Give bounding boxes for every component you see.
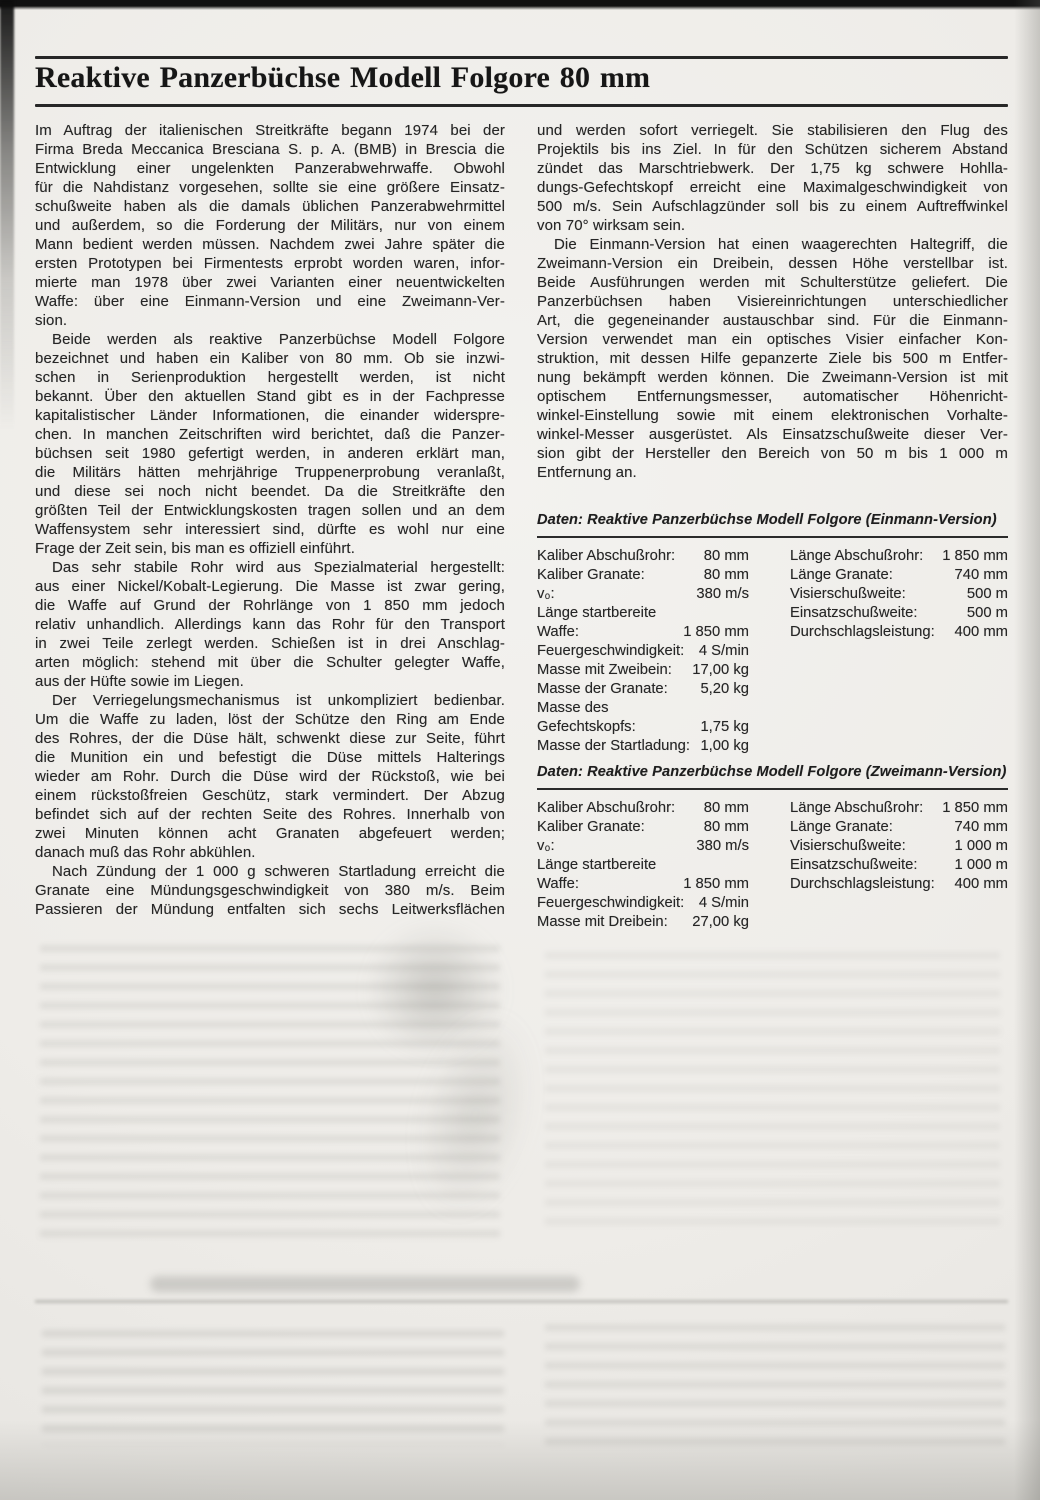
spec-label: Gefechtskopfs:: [537, 718, 636, 737]
spec-label: Durchschlagsleistung:: [790, 875, 935, 894]
spec-label: Waffe:: [537, 875, 579, 894]
bleed-through-rule: [35, 1300, 1008, 1303]
spec-label: Länge startbereite: [537, 604, 656, 623]
spec-row: Kaliber Abschußrohr:80 mm: [537, 799, 749, 818]
spec-row: Masse des: [537, 699, 749, 718]
bleed-through-figure: [365, 925, 505, 1055]
spec-label: Masse mit Dreibein:: [537, 913, 668, 932]
text-line: Passieren der Mündung entfalten sich sec…: [35, 900, 505, 919]
text-line: die Waffe auf Grund der Rohrlänge von 1 …: [35, 596, 505, 615]
spec-label: Kaliber Abschußrohr:: [537, 547, 675, 566]
text-line: größten Teil der Entwicklungskosten trag…: [35, 501, 505, 520]
text-line: Panzerbüchsen haben Visiereinrichtungen …: [537, 292, 1008, 311]
text-line: 500 m/s. Sein Aufschlagzünder soll bis z…: [537, 197, 1008, 216]
spec-value: [745, 699, 749, 718]
text-line: bezeichnet und haben ein Kaliber von 80 …: [35, 349, 505, 368]
bleed-through-text-upper-left: [40, 945, 500, 1245]
table-heading: Daten: Reaktive Panzerbüchse Modell Folg…: [537, 511, 1008, 529]
text-line: Der Verriegelungsmechanismus ist unkompl…: [35, 691, 505, 710]
paragraph: Die Einmann-Version hat einen waagerecht…: [537, 235, 1008, 482]
spec-row: v₀:380 m/s: [537, 837, 749, 856]
spec-row: Länge startbereite: [537, 856, 749, 875]
text-line: die Munition ein und befestigt die Düse …: [35, 748, 505, 767]
paragraph: Im Auftrag der italienischen Streitkräft…: [35, 121, 505, 330]
table-rule: [537, 788, 1008, 790]
spec-value: 1 850 mm: [938, 547, 1008, 566]
spec-label: Waffe:: [537, 623, 579, 642]
text-line: Im Auftrag der italienischen Streitkräft…: [35, 121, 505, 140]
spec-label: Länge Granate:: [790, 566, 893, 585]
spec-label: v₀:: [537, 585, 555, 604]
spec-row: Kaliber Granate:80 mm: [537, 566, 749, 585]
spec-value: 1,75 kg: [696, 718, 749, 737]
text-line: dungs-Gefechtskopf erreicht eine Maximal…: [537, 178, 1008, 197]
spec-label: Länge Abschußrohr:: [790, 547, 923, 566]
data-table-zweimann-version: Daten: Reaktive Panzerbüchse Modell Folg…: [537, 763, 1008, 799]
spec-row: Waffe:1 850 mm: [537, 875, 749, 894]
spec-value: 1 850 mm: [679, 875, 749, 894]
spec-row: Visierschußweite:1 000 m: [790, 837, 1008, 856]
spec-row: Länge Abschußrohr:1 850 mm: [790, 799, 1008, 818]
spec-value: 740 mm: [951, 818, 1008, 837]
paragraph: Das sehr stabile Rohr wird aus Spezialma…: [35, 558, 505, 691]
text-line: optischem Entfernungsmesser, automatisch…: [537, 387, 1008, 406]
text-line: kapitalistischer Länder Informationen, d…: [35, 406, 505, 425]
header-rule-top: [35, 56, 1008, 59]
text-line: Die Einmann-Version hat einen waagerecht…: [537, 235, 1008, 254]
text-line: schen in Serienproduktion hergestellt we…: [35, 368, 505, 387]
spec-row: Durchschlagsleistung:400 mm: [790, 623, 1008, 642]
text-line: arten möglich: stehend mit über die Schu…: [35, 653, 505, 672]
scan-edge-top: [0, 0, 1040, 10]
spec-value: 80 mm: [700, 547, 749, 566]
spec-row: Einsatzschußweite:500 m: [790, 604, 1008, 623]
spec-row: Masse mit Zweibein:17,00 kg: [537, 661, 749, 680]
spec-label: Länge startbereite: [537, 856, 656, 875]
spec-value: 4 S/min: [695, 642, 749, 661]
text-line: Art, die gegeneinander austauschbar sind…: [537, 311, 1008, 330]
spec-row: v₀:380 m/s: [537, 585, 749, 604]
spec-row: Länge Granate:740 mm: [790, 818, 1008, 837]
spec-value: 400 mm: [951, 623, 1008, 642]
spec-row: Durchschlagsleistung:400 mm: [790, 875, 1008, 894]
text-line: Waffe: über eine Einmann-Version und ein…: [35, 292, 505, 311]
spec-value: 17,00 kg: [688, 661, 749, 680]
text-line: struktion, mit dessen Hilfe gepanzerte Z…: [537, 349, 1008, 368]
text-line: zündet das Marschtriebwerk. Der 1,75 kg …: [537, 159, 1008, 178]
spec-row: Kaliber Granate:80 mm: [537, 818, 749, 837]
spec-row: Feuergeschwindigkeit:4 S/min: [537, 894, 749, 913]
spec-label: Kaliber Granate:: [537, 818, 645, 837]
spec-value: 1 850 mm: [679, 623, 749, 642]
spec-subcolumn: Kaliber Abschußrohr:80 mmKaliber Granate…: [537, 799, 749, 932]
text-line: für die Nahdistanz vorgesehen, sollte si…: [35, 178, 505, 197]
spec-value: 1 000 m: [951, 837, 1008, 856]
paragraph: Nach Zündung der 1 000 g schweren Startl…: [35, 862, 505, 919]
text-line: einem rückstoßfreien Geschütz, stark ver…: [35, 786, 505, 805]
text-line: Nach Zündung der 1 000 g schweren Startl…: [35, 862, 505, 881]
spec-row: Gefechtskopfs:1,75 kg: [537, 718, 749, 737]
spec-value: 380 m/s: [692, 837, 749, 856]
spec-value: 1 000 m: [951, 856, 1008, 875]
text-line: Entfernung an.: [537, 463, 1008, 482]
spec-value: 400 mm: [951, 875, 1008, 894]
spec-value: 80 mm: [700, 799, 749, 818]
spec-subcolumn: Länge Abschußrohr:1 850 mmLänge Granate:…: [790, 799, 1008, 894]
bleed-through-figure-barrel: [396, 1000, 554, 1230]
spec-label: Feuergeschwindigkeit:: [537, 894, 684, 913]
text-line: sion gibt der Hersteller den Bereich von…: [537, 444, 1008, 463]
text-line: relativ unhandlich. Allerdings kann das …: [35, 615, 505, 634]
spec-row: Visierschußweite:500 m: [790, 585, 1008, 604]
bleed-through-text-upper-right: [545, 952, 1000, 1237]
spec-label: Kaliber Abschußrohr:: [537, 799, 675, 818]
text-line: Projektils bis ins Ziel. In für den Schü…: [537, 140, 1008, 159]
scan-edge-right: [1014, 0, 1040, 1500]
text-line: aus einer Nickel/Kobalt-Legierung. Die M…: [35, 577, 505, 596]
text-line: und diese sei noch nicht beendet. Da die…: [35, 482, 505, 501]
text-line: von 70° wirksam sein.: [537, 216, 1008, 235]
spec-value: 380 m/s: [692, 585, 749, 604]
spec-label: Masse der Startladung:: [537, 737, 690, 756]
text-line: befindet sich auf der rechten Seite des …: [35, 805, 505, 824]
spec-value: [745, 604, 749, 623]
text-line: aus der Hüfte sowie im Liegen.: [35, 672, 505, 691]
spec-row: Masse mit Dreibein:27,00 kg: [537, 913, 749, 932]
spec-row: Kaliber Abschußrohr:80 mm: [537, 547, 749, 566]
paragraph: Beide werden als reaktive Panzerbüchse M…: [35, 330, 505, 558]
text-line: winkel-Einstellung sowie mit einem elekt…: [537, 406, 1008, 425]
spec-subcolumn: Kaliber Abschußrohr:80 mmKaliber Granate…: [537, 547, 749, 756]
spec-label: Einsatzschußweite:: [790, 604, 917, 623]
spec-subcolumn: Länge Abschußrohr:1 850 mmLänge Granate:…: [790, 547, 1008, 642]
text-line: Waffensystem sehr interessiert sind, dür…: [35, 520, 505, 539]
spec-row: Masse der Startladung:1,00 kg: [537, 737, 749, 756]
text-line: büchsen seit 1980 gefertigt werden, in a…: [35, 444, 505, 463]
text-line: Das sehr stabile Rohr wird aus Spezialma…: [35, 558, 505, 577]
table-heading: Daten: Reaktive Panzerbüchse Modell Folg…: [537, 763, 1008, 781]
spec-label: Masse der Granate:: [537, 680, 668, 699]
spec-label: Länge Granate:: [790, 818, 893, 837]
text-line: und außerdem, so die Forderung der Milit…: [35, 216, 505, 235]
spec-row: Feuergeschwindigkeit:4 S/min: [537, 642, 749, 661]
text-line: zwei Minuten können acht Granaten abgefe…: [35, 824, 505, 843]
spec-value: 4 S/min: [695, 894, 749, 913]
text-line: wieder am Rohr. Durch die Düse wird der …: [35, 767, 505, 786]
table-rule: [537, 536, 1008, 538]
paragraph: und werden sofort verriegelt. Sie stabil…: [537, 121, 1008, 235]
text-line: bekannt. Über den aktuellen Stand gibt e…: [35, 387, 505, 406]
spec-value: 80 mm: [700, 818, 749, 837]
text-line: Frage der Zeit sein, bis man es offiziel…: [35, 539, 505, 558]
spec-value: 5,20 kg: [696, 680, 749, 699]
spec-label: Masse des: [537, 699, 609, 718]
right-text-column: und werden sofort verriegelt. Sie stabil…: [537, 121, 1008, 482]
spec-label: Visierschußweite:: [790, 585, 906, 604]
text-line: Zweimann-Version ein Dreibein, dessen Hö…: [537, 254, 1008, 273]
spec-row: Länge Abschußrohr:1 850 mm: [790, 547, 1008, 566]
text-line: danach muß das Rohr abkühlen.: [35, 843, 505, 862]
spec-value: 500 m: [963, 604, 1008, 623]
text-line: schußweite haben als die damals üblichen…: [35, 197, 505, 216]
spec-value: 500 m: [963, 585, 1008, 604]
text-line: mierte man 1978 über zwei Varianten eine…: [35, 273, 505, 292]
spec-row: Waffe:1 850 mm: [537, 623, 749, 642]
spec-label: Kaliber Granate:: [537, 566, 645, 585]
text-line: chen. In manchen Zeitschriften wird beri…: [35, 425, 505, 444]
spec-row: Masse der Granate:5,20 kg: [537, 680, 749, 699]
spec-row: Länge Granate:740 mm: [790, 566, 1008, 585]
spec-value: 27,00 kg: [688, 913, 749, 932]
text-line: nung bekämpft werden können. Die Zweiman…: [537, 368, 1008, 387]
text-line: die Militärs hätten mehrjährige Truppene…: [35, 463, 505, 482]
paragraph: Der Verriegelungsmechanismus ist unkompl…: [35, 691, 505, 862]
spec-row: Länge startbereite: [537, 604, 749, 623]
spec-row: Einsatzschußweite:1 000 m: [790, 856, 1008, 875]
page-title: Reaktive Panzerbüchse Modell Folgore 80 …: [35, 60, 650, 96]
data-table-einmann-version: Daten: Reaktive Panzerbüchse Modell Folg…: [537, 511, 1008, 547]
text-line: Entwicklung einer ungelenkten Panzerabwe…: [35, 159, 505, 178]
spec-label: Länge Abschußrohr:: [790, 799, 923, 818]
text-line: Version verwendet man ein optisches Visi…: [537, 330, 1008, 349]
text-line: Firma Breda Meccanica Bresciana S. p. A.…: [35, 140, 505, 159]
text-line: sion.: [35, 311, 505, 330]
spec-value: [745, 856, 749, 875]
spec-value: 740 mm: [951, 566, 1008, 585]
text-line: und werden sofort verriegelt. Sie stabil…: [537, 121, 1008, 140]
spec-label: Durchschlagsleistung:: [790, 623, 935, 642]
spec-label: Masse mit Zweibein:: [537, 661, 672, 680]
text-line: Um die Waffe zu laden, löst der Schütze …: [35, 710, 505, 729]
spec-value: 1 850 mm: [938, 799, 1008, 818]
text-line: in zwei Teile zerlegt werden. Schießen i…: [35, 634, 505, 653]
scanned-book-page: Reaktive Panzerbüchse Modell Folgore 80 …: [0, 0, 1040, 1500]
text-line: Granate eine Mündungsgeschwindigkeit von…: [35, 881, 505, 900]
spec-value: 80 mm: [700, 566, 749, 585]
text-line: ersten Prototypen bei Firmentests erprob…: [35, 254, 505, 273]
text-line: Mann bedient werden müssen. Nachdem zwei…: [35, 235, 505, 254]
bleed-through-headline: [150, 1276, 580, 1292]
text-line: winkel-Messer ausgerüstet. Als Einsatzsc…: [537, 425, 1008, 444]
scan-edge-left: [0, 0, 14, 430]
text-line: des Rohres, der die Düse hält, schwenkt …: [35, 729, 505, 748]
spec-label: v₀:: [537, 837, 555, 856]
spec-label: Einsatzschußweite:: [790, 856, 917, 875]
spec-value: 1,00 kg: [696, 737, 749, 756]
scan-edge-bottom: [0, 1420, 1040, 1500]
text-line: Beide Ausführungen werden mit Schulterst…: [537, 273, 1008, 292]
spec-label: Feuergeschwindigkeit:: [537, 642, 684, 661]
header-rule-bottom: [35, 104, 1008, 107]
spec-label: Visierschußweite:: [790, 837, 906, 856]
text-line: Beide werden als reaktive Panzerbüchse M…: [35, 330, 505, 349]
left-text-column: Im Auftrag der italienischen Streitkräft…: [35, 121, 505, 919]
